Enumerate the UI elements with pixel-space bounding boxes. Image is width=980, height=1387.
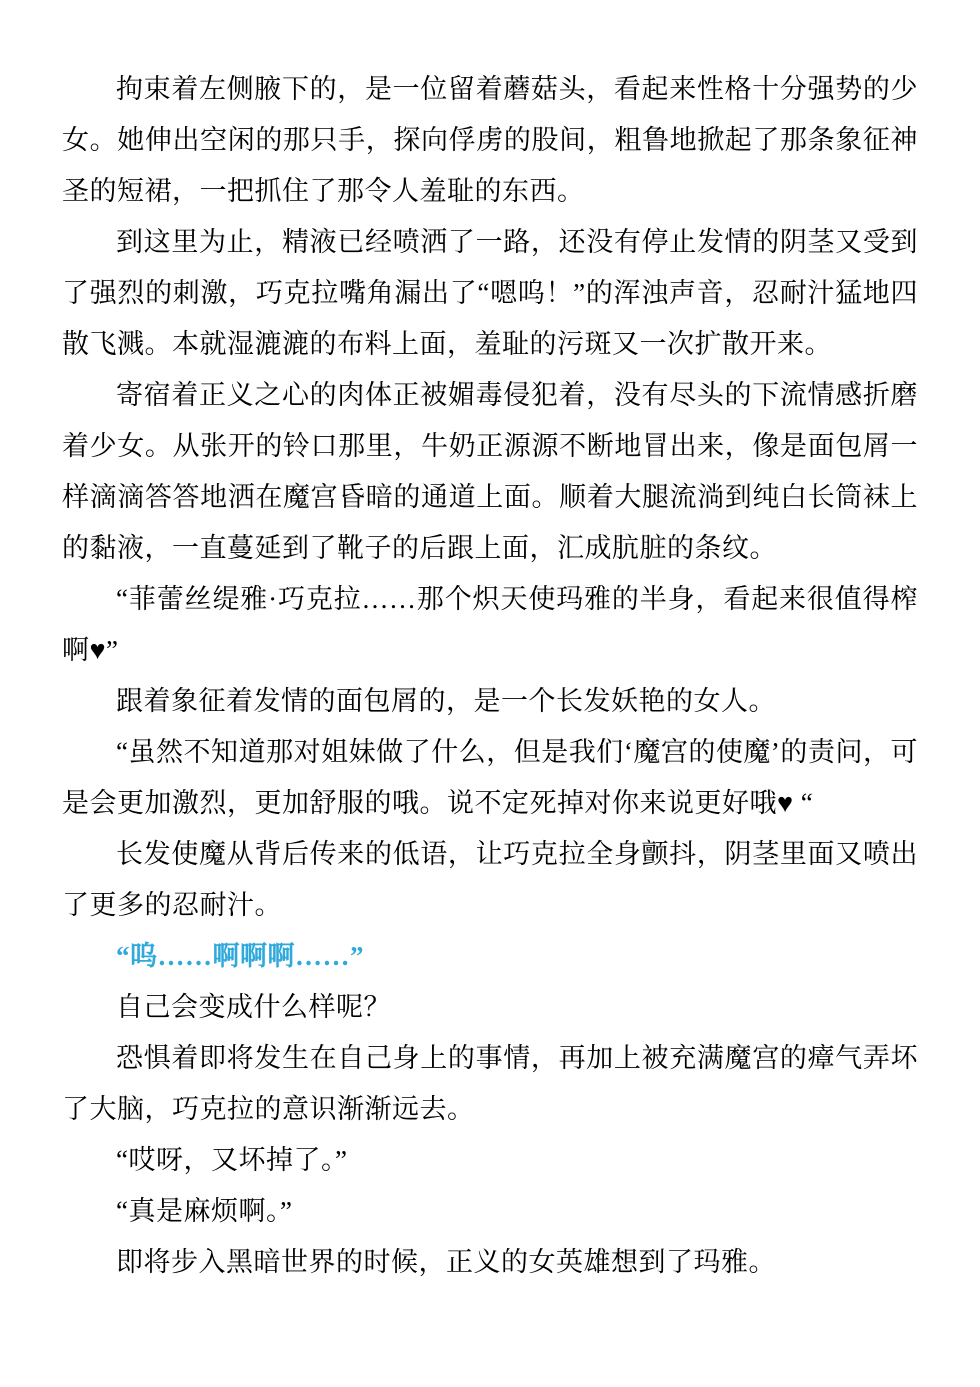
document-page: 拘束着左侧腋下的，是一位留着蘑菇头，看起来性格十分强势的少女。她伸出空闲的那只手…: [0, 0, 980, 1387]
paragraph-1: 拘束着左侧腋下的，是一位留着蘑菇头，看起来性格十分强势的少女。她伸出空闲的那只手…: [62, 64, 918, 217]
paragraph-13: 即将步入黑暗世界的时候，正义的女英雄想到了玛雅。: [62, 1237, 918, 1288]
paragraph-2: 到这里为止，精液已经喷洒了一路，还没有停止发情的阴茎又受到了强烈的刺激，巧克拉嘴…: [62, 217, 918, 370]
paragraph-9: 自己会变成什么样呢？: [62, 982, 918, 1033]
paragraph-12-dialogue: “真是麻烦啊。”: [62, 1186, 918, 1237]
paragraph-3: 寄宿着正义之心的肉体正被媚毒侵犯着，没有尽头的下流情感折磨着少女。从张开的铃口那…: [62, 370, 918, 574]
paragraph-4-dialogue: “菲蕾丝缇雅·巧克拉……那个炽天使玛雅的半身，看起来很值得榨啊♥”: [62, 574, 918, 676]
paragraph-5: 跟着象征着发情的面包屑的，是一个长发妖艳的女人。: [62, 676, 918, 727]
paragraph-7: 长发使魔从背后传来的低语，让巧克拉全身颤抖，阴茎里面又喷出了更多的忍耐汁。: [62, 829, 918, 931]
paragraph-10: 恐惧着即将发生在自己身上的事情，再加上被充满魔宫的瘴气弄坏了大脑，巧克拉的意识渐…: [62, 1033, 918, 1135]
paragraph-6-dialogue: “虽然不知道那对姐妹做了什么，但是我们‘魔宫的使魔’的责问，可是会更加激烈，更加…: [62, 727, 918, 829]
paragraph-11-dialogue: “哎呀，又坏掉了。”: [62, 1135, 918, 1186]
paragraph-8-dialogue-highlighted: “呜……啊啊啊……”: [62, 931, 918, 982]
